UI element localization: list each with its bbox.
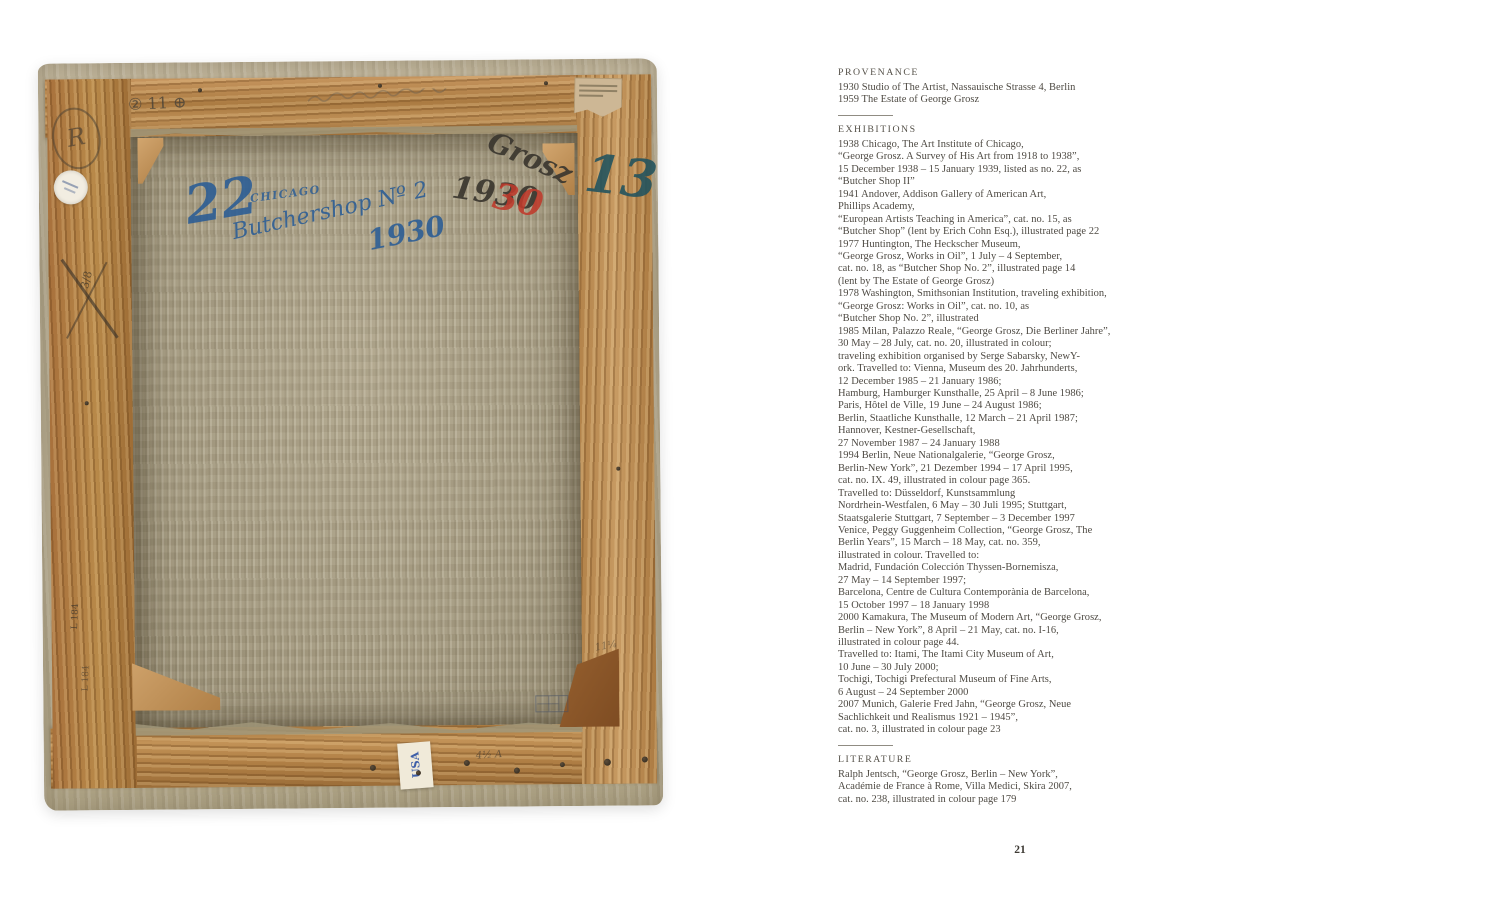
tack [560, 762, 565, 767]
provenance-lines: 1930 Studio of The Artist, Nassauische S… [838, 82, 1138, 107]
pencil-x-mark: 3/8 [47, 255, 120, 344]
catalogue-line: 1959 The Estate of George Grosz [838, 94, 1138, 106]
artwork-photo-canvas-back: 22 CHICAGO Butchershop Nº 2 1930 Grosz 1… [38, 58, 663, 810]
exhibitions-section: EXHIBITIONS 1938 Chicago, The Art Instit… [838, 123, 1138, 737]
catalogue-line: Berlin, Staatliche Kunsthalle, 12 March … [838, 413, 1138, 425]
stamp-divider [537, 703, 558, 704]
catalogue-line: cat. no. IX. 49, illustrated in colour p… [838, 475, 1138, 487]
catalogue-line: 12 December 1985 – 21 January 1986; [838, 376, 1138, 388]
section-divider [838, 115, 893, 116]
sticker-text-mark [64, 187, 76, 193]
catalogue-line: cat. no. 3, illustrated in colour page 2… [838, 724, 1138, 736]
catalogue-line: 1978 Washington, Smithsonian Institution… [838, 288, 1138, 300]
tack [642, 756, 648, 762]
catalogue-line: Berlin-New York”, 21 Dezember 1994 – 17 … [838, 463, 1138, 475]
catalogue-line: Ralph Jentsch, “George Grosz, Berlin – N… [838, 769, 1138, 781]
catalogue-line: Phillips Academy, [838, 201, 1138, 213]
tack [464, 760, 470, 766]
tack [544, 81, 548, 85]
catalogue-line: 27 May – 14 September 1997; [838, 575, 1138, 587]
catalogue-line: cat. no. 18, as “Butcher Shop No. 2”, il… [838, 263, 1138, 275]
catalogue-line: 2000 Kamakura, The Museum of Modern Art,… [838, 612, 1138, 624]
catalogue-line: Sachlichkeit und Realismus 1921 – 1945”, [838, 712, 1138, 724]
catalogue-line: 6 August – 24 September 2000 [838, 687, 1138, 699]
section-heading-literature: LITERATURE [838, 753, 1138, 766]
pencil-left-bar-note: L 184 [81, 665, 92, 691]
tack [616, 467, 620, 471]
tack [378, 84, 382, 88]
inscription-frame-number-13: 13 [582, 143, 661, 212]
catalogue-line: Travelled to: Düsseldorf, Kunstsammlung [838, 488, 1138, 500]
catalogue-line: Venice, Peggy Guggenheim Collection, “Ge… [838, 525, 1138, 537]
stamp-divider [558, 696, 559, 711]
catalogue-line: “Butcher Shop” (lent by Erich Cohn Esq.)… [838, 226, 1138, 238]
faint-pencil-inscription [306, 88, 466, 107]
catalogue-line: illustrated in colour. Travelled to: [838, 550, 1138, 562]
catalogue-line: 10 June – 30 July 2000; [838, 662, 1138, 674]
customs-stamp [535, 695, 568, 712]
tack [514, 768, 520, 774]
catalogue-line: Madrid, Fundación Colección Thyssen-Born… [838, 562, 1138, 574]
catalogue-line: ork. Travelled to: Vienna, Museum des 20… [838, 363, 1138, 375]
catalogue-line: “George Grosz: Works in Oil”, cat. no. 1… [838, 301, 1138, 313]
catalogue-line: “Butcher Shop II” [838, 176, 1138, 188]
catalogue-line: “Butcher Shop No. 2”, illustrated [838, 313, 1138, 325]
catalogue-line: “European Artists Teaching in America”, … [838, 214, 1138, 226]
tack [198, 88, 202, 92]
catalogue-line: traveling exhibition organised by Serge … [838, 351, 1138, 363]
catalogue-entry: PROVENANCE 1930 Studio of The Artist, Na… [838, 66, 1138, 806]
catalogue-line: 1977 Huntington, The Heckscher Museum, [838, 239, 1138, 251]
catalogue-line: 1994 Berlin, Neue Nationalgalerie, “Geor… [838, 450, 1138, 462]
exhibitions-lines: 1938 Chicago, The Art Institute of Chica… [838, 139, 1138, 737]
catalogue-line: illustrated in colour page 44. [838, 637, 1138, 649]
catalogue-line: Berlin – New York”, 8 April – 21 May, ca… [838, 625, 1138, 637]
pencil-top-bar-marks: ② 11 ⊕ [128, 92, 187, 114]
monogram-letter: R [65, 122, 88, 153]
catalogue-line: cat. no. 238, illustrated in colour page… [838, 794, 1138, 806]
catalogue-line: Paris, Hôtel de Ville, 19 June – 24 Augu… [838, 400, 1138, 412]
round-sticker [54, 170, 88, 204]
catalogue-line: 15 October 1997 – 18 January 1998 [838, 600, 1138, 612]
page-number: 21 [1002, 844, 1038, 856]
tack [416, 770, 421, 775]
tack [370, 765, 376, 771]
tack [85, 401, 89, 405]
pencil-left-bar-note: L 184 [70, 603, 81, 629]
pencil-bottom-note: 4½ A [475, 749, 502, 762]
literature-lines: Ralph Jentsch, “George Grosz, Berlin – N… [838, 769, 1138, 806]
catalogue-line: 1930 Studio of The Artist, Nassauische S… [838, 82, 1138, 94]
catalogue-line: 27 November 1987 – 24 January 1988 [838, 438, 1138, 450]
catalogue-line: “George Grosz, Works in Oil”, 1 July – 4… [838, 251, 1138, 263]
catalogue-line: Hamburg, Hamburger Kunsthalle, 25 April … [838, 388, 1138, 400]
label-text-line [579, 94, 603, 96]
catalogue-line: 1941 Andover, Addison Gallery of America… [838, 189, 1138, 201]
section-heading-provenance: PROVENANCE [838, 66, 1138, 79]
catalogue-line: 1985 Milan, Palazzo Reale, “George Grosz… [838, 326, 1138, 338]
catalogue-line: (lent by The Estate of George Grosz) [838, 276, 1138, 288]
label-text-line [579, 89, 617, 92]
literature-section: LITERATURE Ralph Jentsch, “George Grosz,… [838, 753, 1138, 806]
catalogue-line: Nordrhein-Westfalen, 6 May – 30 Juli 199… [838, 500, 1138, 512]
section-divider [838, 745, 893, 746]
usa-paper-label: USA [397, 741, 434, 789]
catalogue-line: 1938 Chicago, The Art Institute of Chica… [838, 139, 1138, 151]
provenance-section: PROVENANCE 1930 Studio of The Artist, Na… [838, 66, 1138, 107]
catalogue-line: Hannover, Kestner-Gesellschaft, [838, 425, 1138, 437]
catalogue-line: Barcelona, Centre de Cultura Contemporàn… [838, 587, 1138, 599]
catalogue-line: 30 May – 28 July, cat. no. 20, illustrat… [838, 338, 1138, 350]
tack [604, 759, 611, 766]
catalogue-line: 2007 Munich, Galerie Fred Jahn, “George … [838, 699, 1138, 711]
catalogue-line: Staatsgalerie Stuttgart, 7 September – 3… [838, 513, 1138, 525]
catalogue-line: Travelled to: Itami, The Itami City Muse… [838, 649, 1138, 661]
section-heading-exhibitions: EXHIBITIONS [838, 123, 1138, 136]
label-text-line [579, 84, 617, 87]
catalogue-line: 15 December 1938 – 15 January 1939, list… [838, 164, 1138, 176]
catalogue-line: Berlin Years”, 15 March – 18 May, cat. n… [838, 537, 1138, 549]
catalogue-line: Tochigi, Tochigi Prefectural Museum of F… [838, 674, 1138, 686]
catalogue-line: Académie de France à Rome, Villa Medici,… [838, 781, 1138, 793]
catalogue-line: “George Grosz. A Survey of His Art from … [838, 151, 1138, 163]
